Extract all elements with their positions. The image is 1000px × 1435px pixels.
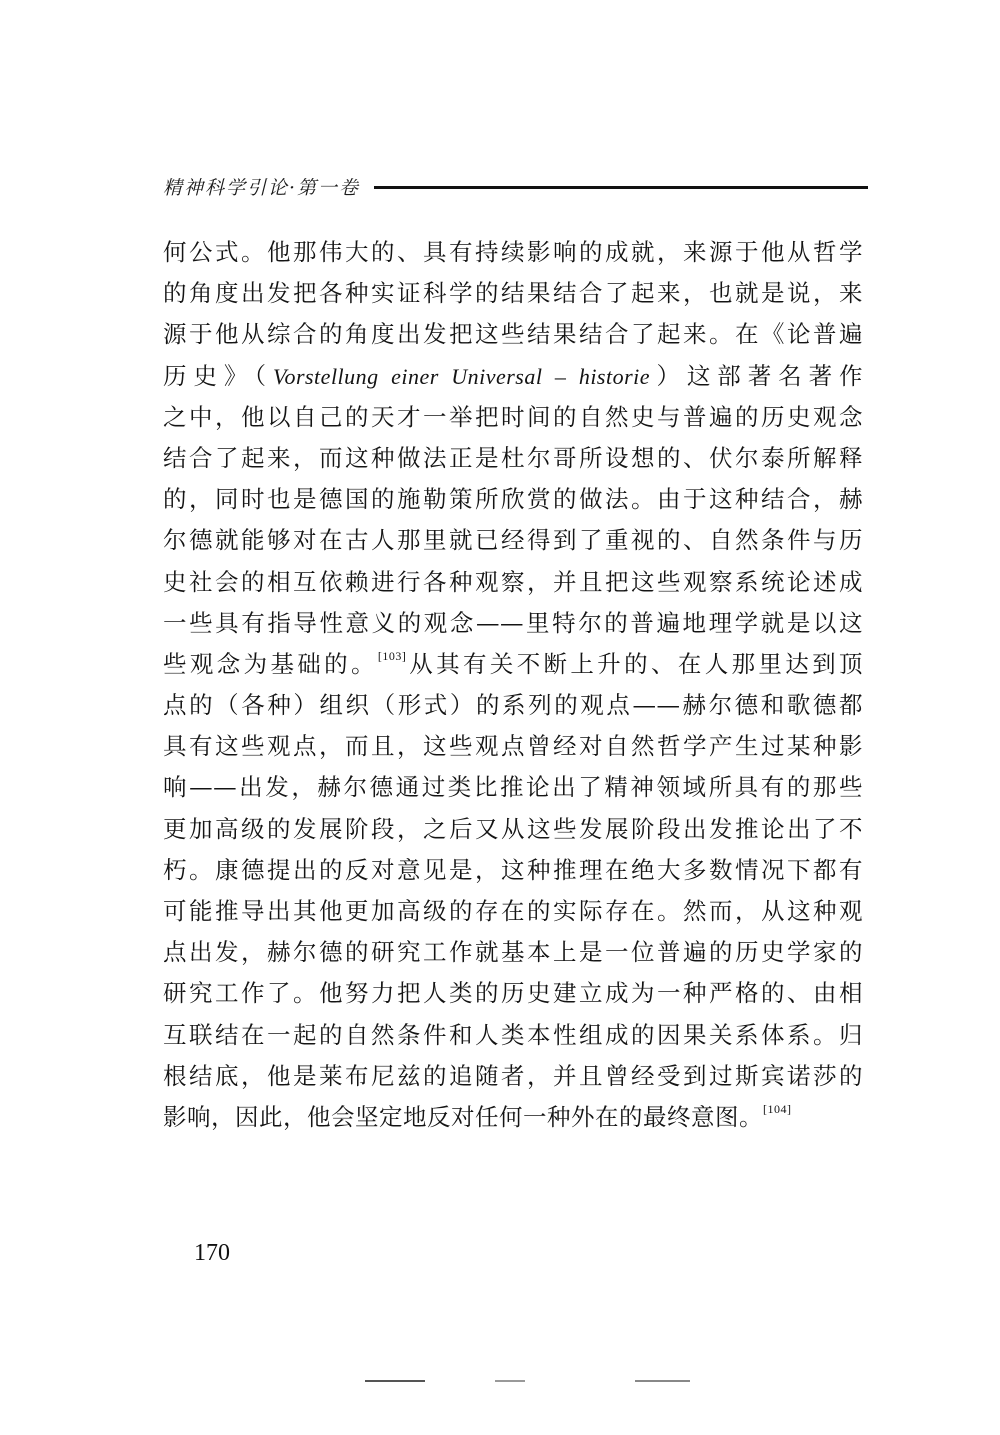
- body-text: 何公式。他那伟大的、具有持续影响的成就，来源于他从哲学 的角度出发把各种实证科学…: [163, 232, 863, 1138]
- foreign-title: Vorstellung einer Universal – historie: [273, 364, 650, 389]
- text-line: 根结底，他是莱布尼兹的追随者，并且曾经受到过斯宾诺莎的: [163, 1056, 863, 1097]
- scan-artifact-segment: [365, 1380, 425, 1382]
- text-line: 朽。康德提出的反对意见是，这种推理在绝大多数情况下都有: [163, 850, 863, 891]
- text-line: 可能推导出其他更加高级的存在的实际存在。然而，从这种观: [163, 891, 863, 932]
- text-line: 点出发，赫尔德的研究工作就基本上是一位普遍的历史学家的: [163, 932, 863, 973]
- text-line: 尔德就能够对在古人那里就已经得到了重视的、自然条件与历: [163, 520, 863, 561]
- text-line: 源于他从综合的角度出发把这些结果结合了起来。在《论普遍: [163, 314, 863, 355]
- running-title: 精神科学引论·第一卷: [163, 173, 360, 200]
- scan-artifact-segment: [635, 1380, 690, 1382]
- scan-artifact-segment: [495, 1380, 525, 1382]
- text-line: 些观念为基础的。[103]从其有关不断上升的、在人那里达到顶: [163, 644, 863, 685]
- text-line: 历史》（Vorstellung einer Universal – histor…: [163, 356, 863, 397]
- footnote-ref-104[interactable]: [104]: [763, 1102, 792, 1116]
- text-line: 互联结在一起的自然条件和人类本性组成的因果关系体系。归: [163, 1015, 863, 1056]
- text-segment: 影响，因此，他会坚定地反对任何一种外在的最终意图。: [163, 1103, 763, 1131]
- scan-artifact: [75, 1380, 895, 1386]
- text-line: 结合了起来，而这种做法正是杜尔哥所设想的、伏尔泰所解释: [163, 438, 863, 479]
- text-line: 史社会的相互依赖进行各种观察，并且把这些观察系统论述成: [163, 562, 863, 603]
- text-line: 更加高级的发展阶段，之后又从这些发展阶段出发推论出了不: [163, 809, 863, 850]
- text-segment: 从其有关不断上升的、在人那里达到顶: [406, 650, 863, 678]
- text-segment: 历史》（: [163, 362, 273, 390]
- text-line: 一些具有指导性意义的观念——里特尔的普遍地理学就是以这: [163, 603, 863, 644]
- text-segment: 些观念为基础的。: [163, 650, 378, 678]
- text-line: 响——出发，赫尔德通过类比推论出了精神领域所具有的那些: [163, 767, 863, 808]
- running-header: 精神科学引论·第一卷: [163, 170, 868, 202]
- text-line: 研究工作了。他努力把人类的历史建立成为一种严格的、由相: [163, 973, 863, 1014]
- text-line: 何公式。他那伟大的、具有持续影响的成就，来源于他从哲学: [163, 232, 863, 273]
- text-line: 的角度出发把各种实证科学的结果结合了起来，也就是说，来: [163, 273, 863, 314]
- text-line: 影响，因此，他会坚定地反对任何一种外在的最终意图。[104]: [163, 1097, 863, 1138]
- text-line: 的，同时也是德国的施勒策所欣赏的做法。由于这种结合，赫: [163, 479, 863, 520]
- text-line: 之中，他以自己的天才一举把时间的自然史与普遍的历史观念: [163, 397, 863, 438]
- text-segment: ）这部著名著作: [650, 362, 863, 390]
- text-line: 点的（各种）组织（形式）的系列的观点——赫尔德和歌德都: [163, 685, 863, 726]
- footnote-ref-103[interactable]: [103]: [378, 649, 407, 663]
- page-number: 170: [194, 1240, 230, 1267]
- header-rule: [374, 186, 868, 189]
- text-line: 具有这些观点，而且，这些观点曾经对自然哲学产生过某种影: [163, 726, 863, 767]
